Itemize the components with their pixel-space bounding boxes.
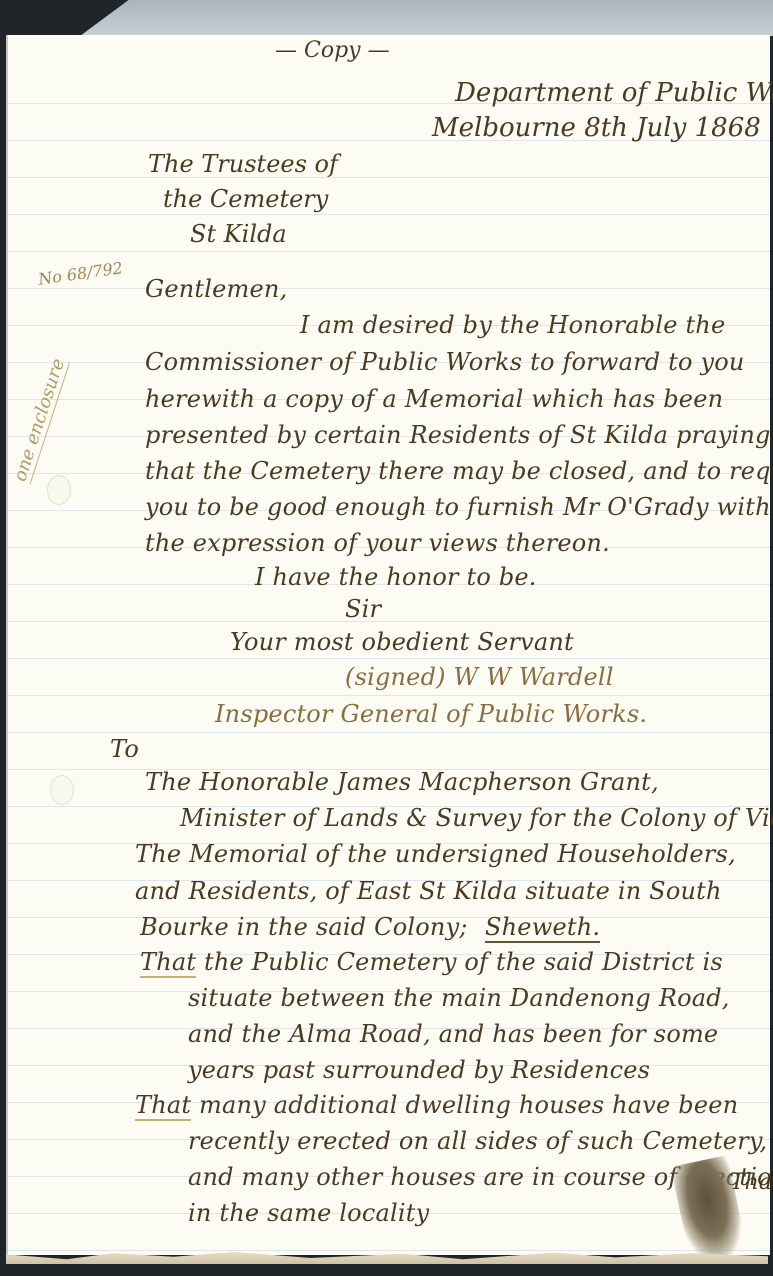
clause-2-line: in the same locality (188, 1199, 429, 1227)
closing-line-1: I have the honor to be. (255, 563, 537, 591)
body-line: that the Cemetery there may be closed, a… (145, 457, 773, 485)
tissue-paper-overlay (80, 0, 773, 36)
signatory-title: Inspector General of Public Works. (215, 700, 647, 728)
body-line: the expression of your views thereon. (145, 529, 610, 557)
punch-hole (47, 475, 71, 505)
department-header: Department of Public Works (455, 78, 773, 108)
clause-1-line: and the Alma Road, and has been for some (188, 1020, 718, 1048)
body-line: you to be good enough to furnish Mr O'Gr… (145, 493, 771, 521)
recipient-line-2: the Cemetery (163, 185, 328, 213)
recipient-line-3: St Kilda (190, 220, 287, 248)
body-line: I am desired by the Honorable the (300, 311, 725, 339)
body-line: presented by certain Residents of St Kil… (145, 421, 771, 449)
copy-heading: — Copy — (275, 38, 390, 63)
clause-1-line: years past surrounded by Residences (188, 1056, 650, 1084)
memorial-to-label: To (110, 735, 139, 763)
memorial-addressee: The Honorable James Macpherson Grant, (145, 768, 659, 796)
sheweth: Sheweth. (485, 913, 600, 943)
place-date: Melbourne 8th July 1868 (432, 113, 761, 143)
closing-line-2: Sir (345, 595, 381, 623)
memorial-addressee-title: Minister of Lands & Survey for the Colon… (180, 804, 773, 832)
clause-2-lead: That (135, 1091, 191, 1121)
memorial-intro-line: The Memorial of the undersigned Househol… (135, 840, 736, 868)
memorial-intro-line: and Residents, of East St Kilda situate … (135, 877, 722, 905)
clause-2-line: recently erected on all sides of such Ce… (188, 1127, 767, 1155)
body-line: Commissioner of Public Works to forward … (145, 348, 745, 376)
body-line: herewith a copy of a Memorial which has … (145, 385, 723, 413)
memorial-intro-line: Bourke in the said Colony; (140, 913, 468, 941)
clause-2-line: That many additional dwelling houses hav… (135, 1091, 738, 1119)
punch-hole (50, 775, 74, 805)
closing-line-3: Your most obedient Servant (230, 628, 574, 656)
clause-1-line: That the Public Cemetery of the said Dis… (140, 948, 723, 976)
clause-1-lead: That (140, 948, 196, 978)
clause-2-text: many additional dwelling houses have bee… (191, 1091, 738, 1119)
clause-1-text: the Public Cemetery of the said District… (196, 948, 723, 976)
recipient-line-1: The Trustees of (148, 150, 338, 178)
signature: (signed) W W Wardell (345, 663, 614, 691)
clause-1-line: situate between the main Dandenong Road, (188, 984, 730, 1012)
catchword: That (730, 1170, 773, 1195)
salutation: Gentlemen, (145, 275, 287, 303)
